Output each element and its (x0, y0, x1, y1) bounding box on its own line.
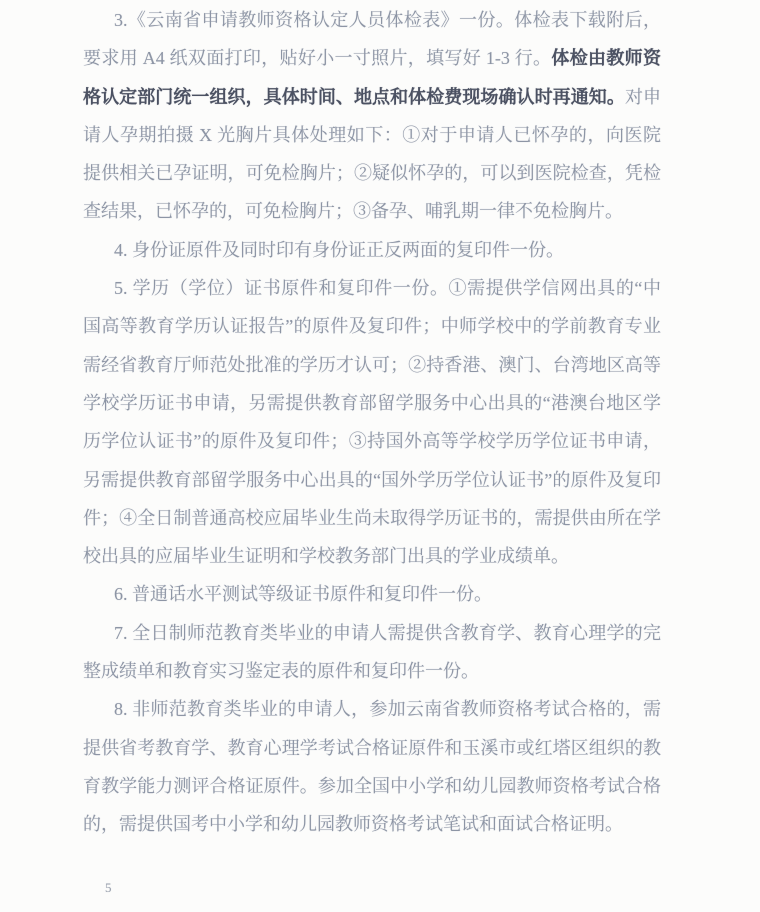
page-number: 5 (105, 880, 112, 896)
paragraph-item-4: 4. 身份证原件及同时印有身份证正反两面的复印件一份。 (83, 231, 661, 269)
document-body: 3.《云南省申请教师资格认定人员体检表》一份。体检表下载附后，要求用 A4 纸双… (83, 1, 661, 844)
paragraph-item-6: 6. 普通话水平测试等级证书原件和复印件一份。 (83, 575, 661, 613)
paragraph-item-3: 3.《云南省申请教师资格认定人员体检表》一份。体检表下载附后，要求用 A4 纸双… (83, 1, 661, 231)
text-segment: 8. 非师范教育类毕业的申请人，参加云南省教师资格考试合格的，需提供省考教育学、… (83, 699, 661, 834)
text-segment: 5. 学历（学位）证书原件和复印件一份。①需提供学信网出具的“中国高等教育学历认… (83, 278, 661, 566)
paragraph-item-7: 7. 全日制师范教育类毕业的申请人需提供含教育学、教育心理学的完整成绩单和教育实… (83, 614, 661, 691)
text-segment: 4. 身份证原件及同时印有身份证正反两面的复印件一份。 (114, 240, 564, 260)
scanned-document-page: 3.《云南省申请教师资格认定人员体检表》一份。体检表下载附后，要求用 A4 纸双… (0, 0, 760, 912)
paragraph-item-8: 8. 非师范教育类毕业的申请人，参加云南省教师资格考试合格的，需提供省考教育学、… (83, 690, 661, 843)
text-segment: 6. 普通话水平测试等级证书原件和复印件一份。 (114, 584, 492, 604)
paragraph-item-5: 5. 学历（学位）证书原件和复印件一份。①需提供学信网出具的“中国高等教育学历认… (83, 269, 661, 575)
text-segment: 7. 全日制师范教育类毕业的申请人需提供含教育学、教育心理学的完整成绩单和教育实… (83, 623, 661, 681)
